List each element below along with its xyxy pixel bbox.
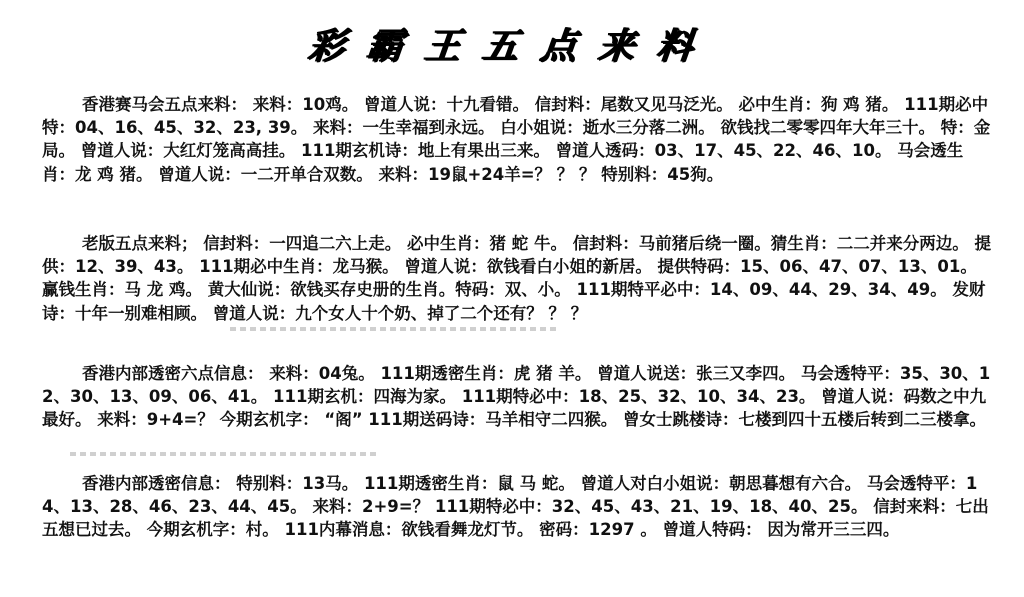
paragraph-heading: 香港内部透密六点信息： <box>82 364 264 383</box>
paragraph-hk-jockey-five-point: 香港赛马会五点来料： 来料：10鸡。 曾道人说：十九看错。 信封料：尾数又见马泛… <box>42 93 992 186</box>
paragraph-hk-internal-six-point: 香港内部透密六点信息： 来料：04兔。 111期透密生肖：虎 猪 羊。 曾道人说… <box>42 362 992 432</box>
page-title: 彩霸王五点来料 <box>0 18 1024 69</box>
paragraph-old-version-five-point: 老版五点来料； 信封料：一四追二六上走。 必中生肖：猪 蛇 牛。 信封料：马前猪… <box>42 232 992 325</box>
faded-text-residue <box>230 327 560 331</box>
faded-text-residue <box>70 452 380 456</box>
paragraph-heading: 老版五点来料； <box>82 234 198 253</box>
paragraph-hk-internal-info: 香港内部透密信息： 特别料：13马。 111期透密生肖：鼠 马 蛇。 曾道人对白… <box>42 472 992 542</box>
paragraph-heading: 香港赛马会五点来料： <box>82 95 247 114</box>
paragraph-heading: 香港内部透密信息： <box>82 474 231 493</box>
